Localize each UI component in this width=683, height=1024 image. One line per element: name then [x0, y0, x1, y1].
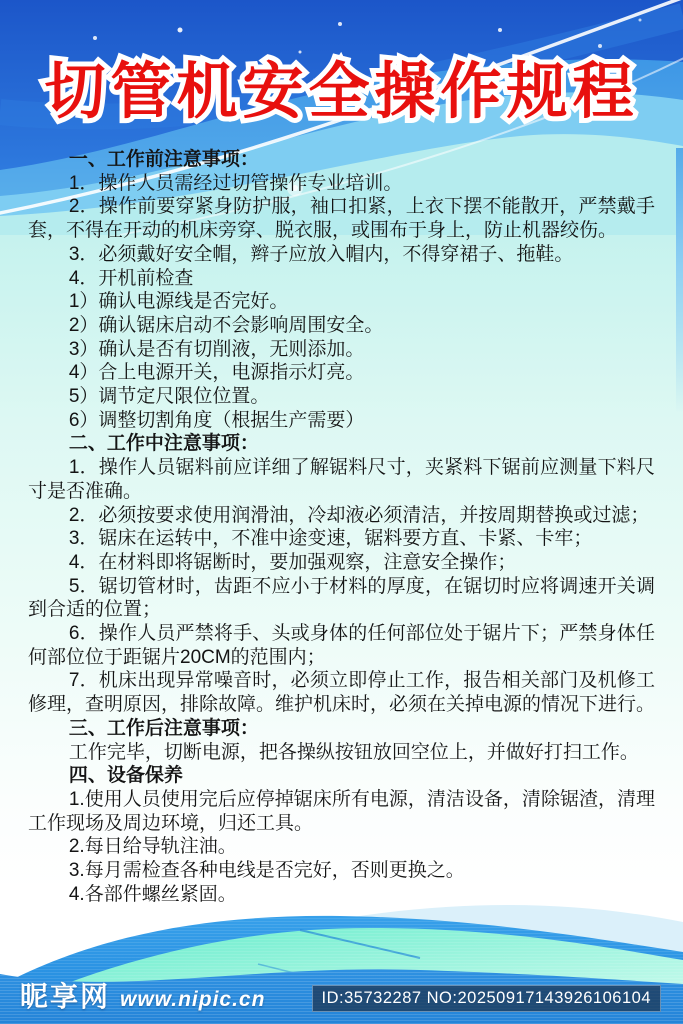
procedure-item: 5）调节定尺限位位置。	[28, 385, 655, 409]
procedure-item: 1.使用人员使用完后应停掉锯床所有电源，清洁设备，清除锯渣，清理工作现场及周边环…	[28, 788, 655, 835]
section-heading: 三、工作后注意事项：	[28, 717, 655, 741]
image-id-badge: ID:35732287 NO:20250917143926106104	[312, 985, 661, 1012]
procedure-item: 7．机床出现异常噪音时，必须立即停止工作，报告相关部门及机修工修理，查明原因，排…	[28, 669, 655, 716]
watermark: 昵享网 www.nipic.cn	[20, 975, 265, 1015]
procedure-item: 工作完毕，切断电源，把各操纵按钮放回空位上，并做好打扫工作。	[28, 741, 655, 765]
procedure-item: 3.每月需检查各种电线是否完好，否则更换之。	[28, 859, 655, 883]
section-heading: 一、工作前注意事项：	[28, 148, 655, 172]
procedure-item: 5．锯切管材时，齿距不应小于材料的厚度，在锯切时应将调速开关调到合适的位置；	[28, 575, 655, 622]
procedure-item: 6）调整切割角度（根据生产需要）	[28, 409, 655, 433]
procedure-item: 4．在材料即将锯断时，要加强观察，注意安全操作；	[28, 551, 655, 575]
procedure-sections: 一、工作前注意事项：1．操作人员需经过切管操作专业培训。2．操作前要穿紧身防护服…	[28, 148, 655, 907]
procedure-item: 4）合上电源开关，电源指示灯亮。	[28, 361, 655, 385]
procedure-item: 4．开机前检查	[28, 267, 655, 291]
procedure-item: 3）确认是否有切削液，无则添加。	[28, 338, 655, 362]
procedure-item: 1．操作人员锯料前应详细了解锯料尺寸，夹紧料下锯前应测量下料尺寸是否准确。	[28, 456, 655, 503]
poster-title: 切管机安全操作规程 切管机安全操作规程	[0, 56, 683, 126]
section-heading: 四、设备保养	[28, 764, 655, 788]
section-heading: 二、工作中注意事项：	[28, 432, 655, 456]
procedure-item: 2.每日给导轨注油。	[28, 835, 655, 859]
site-url: www.nipic.cn	[120, 988, 265, 1012]
procedure-item: 1．操作人员需经过切管操作专业培训。	[28, 172, 655, 196]
procedure-item: 6．操作人员严禁将手、头或身体的任何部位处于锯片下；严禁身体任何部位位于距锯片2…	[28, 622, 655, 669]
poster-title-text: 切管机安全操作规程	[0, 56, 683, 126]
procedure-item: 2）确认锯床启动不会影响周围安全。	[28, 314, 655, 338]
procedure-item: 2．操作前要穿紧身防护服，袖口扣紧，上衣下摆不能散开，严禁戴手套，不得在开动的机…	[28, 195, 655, 242]
procedure-item: 3．必须戴好安全帽，辫子应放入帽内，不得穿裙子、拖鞋。	[28, 243, 655, 267]
procedure-item: 2．必须按要求使用润滑油，冷却液必须清洁，并按周期替换或过滤；	[28, 504, 655, 528]
footer-banner: 昵享网 www.nipic.cn ID:35732287 NO:20250917…	[0, 894, 683, 1024]
site-logo: 昵享网	[20, 975, 110, 1015]
procedure-item: 1）确认电源线是否完好。	[28, 290, 655, 314]
right-edge-wave-strip	[676, 148, 683, 413]
procedure-item: 3．锯床在运转中，不准中途变速，锯料要方直、卡紧、卡牢；	[28, 527, 655, 551]
